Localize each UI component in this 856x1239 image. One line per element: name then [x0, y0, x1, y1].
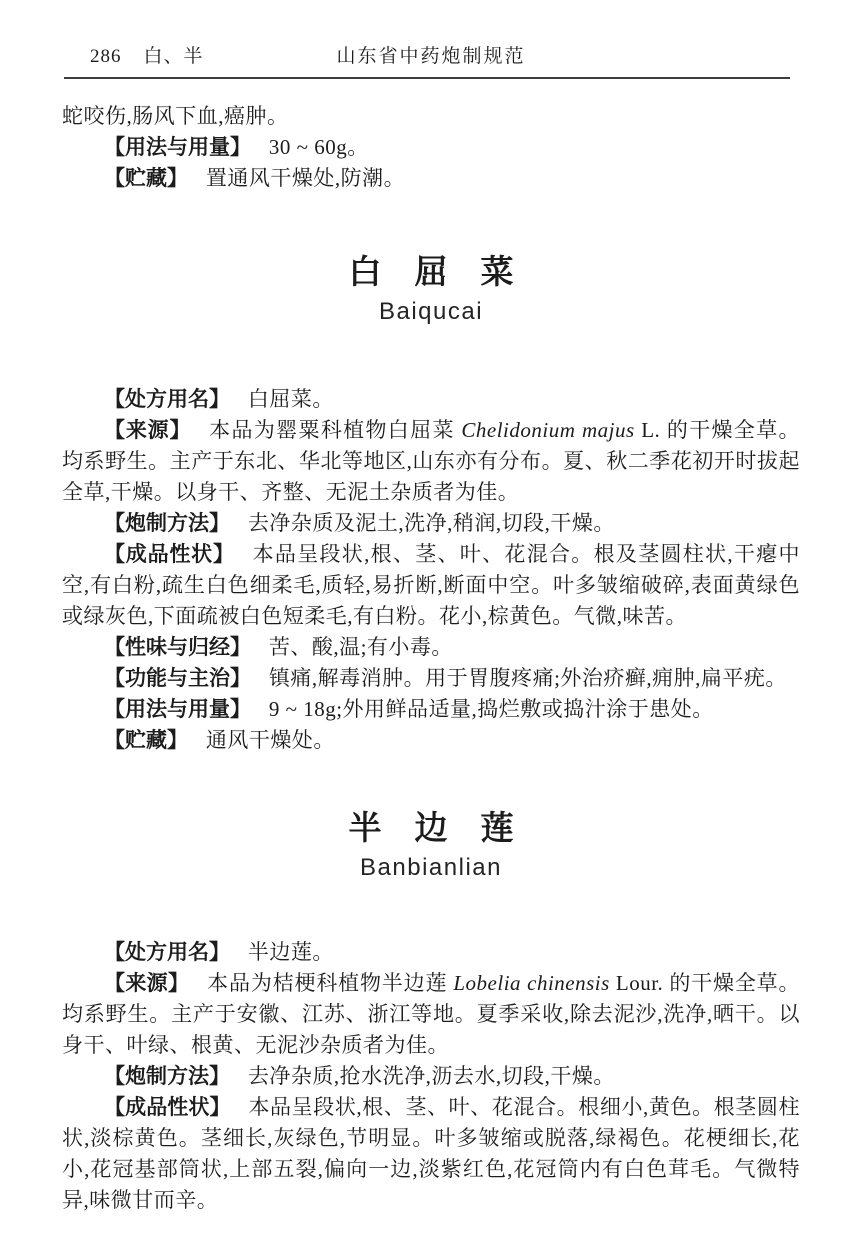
- entry-label: 【处方用名】: [104, 941, 230, 964]
- entry-text: 镇痛,解毒消肿。用于胃腹疼痛;外治疥癣,痈肿,扁平疣。: [269, 666, 787, 690]
- page-content: 蛇咬伤,肠风下血,癌肿。 【用法与用量】30 ~ 60g。 【贮藏】置通风干燥处…: [62, 101, 800, 1216]
- product-character-entry: 【成品性状】本品呈段状,根、茎、叶、花混合。根细小,黄色。根茎圆柱状,淡棕黄色。…: [62, 1092, 800, 1216]
- property-meridian-entry: 【性味与归经】苦、酸,温;有小毒。: [62, 632, 800, 663]
- continuation-lead-text: 蛇咬伤,肠风下血,癌肿。: [62, 101, 800, 132]
- monograph-pinyin: Banbianlian: [62, 853, 800, 883]
- entry-text: 苦、酸,温;有小毒。: [269, 635, 453, 659]
- header-rule: [64, 77, 790, 79]
- book-title: 山东省中药炮制规范: [62, 44, 800, 70]
- processing-method-entry: 【炮制方法】去净杂质,抢水洗净,沥去水,切段,干燥。: [62, 1061, 800, 1092]
- source-entry: 【来源】本品为罂粟科植物白屈菜 Chelidonium majus L. 的干燥…: [62, 415, 800, 508]
- source-entry: 【来源】本品为桔梗科植物半边莲 Lobelia chinensis Lour. …: [62, 968, 800, 1061]
- processing-method-entry: 【炮制方法】去净杂质及泥土,洗净,稍润,切段,干燥。: [62, 508, 800, 539]
- entry-text: 白屈菜。: [248, 387, 334, 411]
- product-character-entry: 【成品性状】本品呈段状,根、茎、叶、花混合。根及茎圆柱状,干瘪中空,有白粉,疏生…: [62, 539, 800, 632]
- entry-text: 去净杂质,抢水洗净,沥去水,切段,干燥。: [248, 1064, 615, 1088]
- latin-authority: Lour.: [610, 971, 670, 995]
- entry-label: 【炮制方法】: [104, 1065, 230, 1088]
- entry-label: 【成品性状】: [104, 543, 235, 566]
- entry-label: 【功能与主治】: [104, 667, 251, 690]
- prescription-name-entry: 【处方用名】半边莲。: [62, 937, 800, 968]
- entry-text: 本品为桔梗科植物半边莲: [207, 971, 453, 995]
- entry-text: 本品为罂粟科植物白屈菜: [209, 418, 461, 442]
- monograph-title: 白屈菜: [349, 250, 547, 294]
- monograph-heading: 白屈菜 Baiqucai: [62, 250, 800, 327]
- entry-label: 【贮藏】: [104, 167, 188, 190]
- latin-authority: L.: [635, 418, 667, 442]
- function-indication-entry: 【功能与主治】镇痛,解毒消肿。用于胃腹疼痛;外治疥癣,痈肿,扁平疣。: [62, 663, 800, 694]
- entry-text: 30 ~ 60g。: [269, 135, 369, 159]
- entry-label: 【贮藏】: [104, 729, 188, 752]
- entry-label: 【性味与归经】: [104, 636, 251, 659]
- entry-text: 置通风干燥处,防潮。: [206, 166, 405, 190]
- entry-label: 【炮制方法】: [104, 512, 230, 535]
- entry-text: 9 ~ 18g;外用鲜品适量,捣烂敷或捣汁涂于患处。: [269, 697, 714, 721]
- entry-label: 【用法与用量】: [104, 136, 251, 159]
- latin-binomial: Lobelia chinensis: [453, 971, 609, 995]
- usage-dosage-entry: 【用法与用量】30 ~ 60g。: [62, 132, 800, 163]
- entry-text: 半边莲。: [248, 940, 334, 964]
- monograph-title: 半边莲: [349, 806, 547, 850]
- storage-entry: 【贮藏】通风干燥处。: [62, 725, 800, 756]
- entry-text: 去净杂质及泥土,洗净,稍润,切段,干燥。: [248, 511, 615, 535]
- entry-label: 【来源】: [104, 972, 189, 995]
- entry-label: 【成品性状】: [104, 1096, 231, 1119]
- entry-text: 通风干燥处。: [206, 728, 335, 752]
- monograph-entries: 【处方用名】半边莲。 【来源】本品为桔梗科植物半边莲 Lobelia chine…: [62, 937, 800, 1216]
- entry-label: 【处方用名】: [104, 388, 230, 411]
- monograph-heading: 半边莲 Banbianlian: [62, 806, 800, 883]
- scanned-book-page: 286白、半 山东省中药炮制规范 蛇咬伤,肠风下血,癌肿。 【用法与用量】30 …: [0, 0, 856, 1239]
- prescription-name-entry: 【处方用名】白屈菜。: [62, 384, 800, 415]
- page-header: 286白、半 山东省中药炮制规范: [62, 44, 800, 70]
- storage-entry: 【贮藏】置通风干燥处,防潮。: [62, 163, 800, 194]
- monograph-entries: 【处方用名】白屈菜。 【来源】本品为罂粟科植物白屈菜 Chelidonium m…: [62, 384, 800, 756]
- entry-label: 【来源】: [104, 419, 191, 442]
- entry-label: 【用法与用量】: [104, 698, 251, 721]
- monograph-pinyin: Baiqucai: [62, 297, 800, 327]
- usage-dosage-entry: 【用法与用量】9 ~ 18g;外用鲜品适量,捣烂敷或捣汁涂于患处。: [62, 694, 800, 725]
- latin-binomial: Chelidonium majus: [461, 418, 634, 442]
